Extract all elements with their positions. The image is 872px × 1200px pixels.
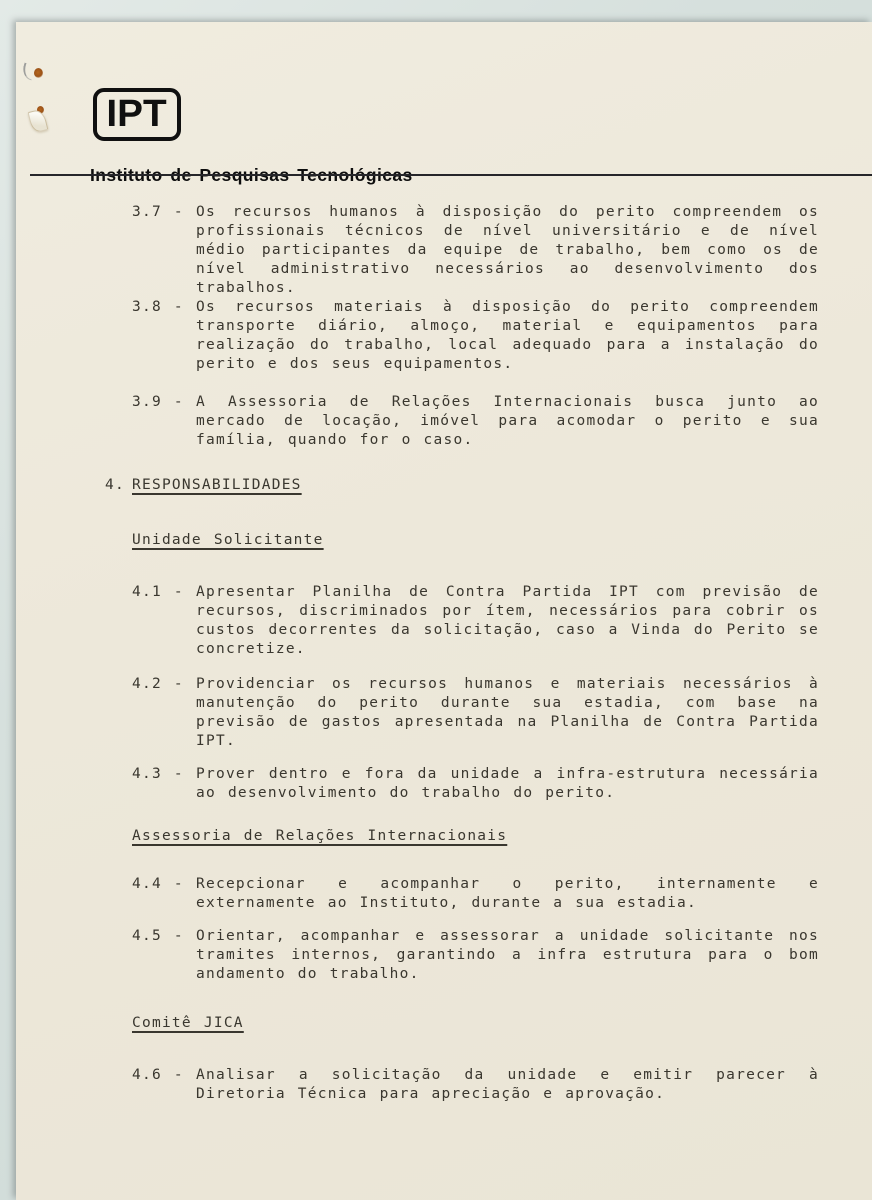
section-title: RESPONSABILIDADES [132,476,302,495]
numbered-item-4-6: 4.6 - Analisar a solicitação da unidade … [132,1066,819,1104]
ipt-logo: IPT [93,88,181,141]
item-text: Prover dentro e fora da unidade a infra-… [196,765,819,803]
item-number: 4.1 - [132,583,196,659]
item-number: 4.3 - [132,765,196,803]
item-number: 4.4 - [132,875,196,913]
numbered-item-3-7: 3.7 - Os recursos humanos à disposição d… [132,203,819,298]
numbered-item-4-4: 4.4 - Recepcionar e acompanhar o perito,… [132,875,819,913]
subheading-assessoria: Assessoria de Relações Internacionais [132,827,819,846]
numbered-item-3-8: 3.8 - Os recursos materiais à disposição… [132,298,819,374]
item-text: Os recursos materiais à disposição do pe… [196,298,819,374]
item-text: Analisar a solicitação da unidade e emit… [196,1066,819,1104]
item-text: Recepcionar e acompanhar o perito, inter… [196,875,819,913]
numbered-item-4-2: 4.2 - Providenciar os recursos humanos e… [132,675,819,751]
numbered-item-4-3: 4.3 - Prover dentro e fora da unidade a … [132,765,819,803]
item-text: Providenciar os recursos humanos e mater… [196,675,819,751]
item-number: 3.7 - [132,203,196,298]
item-text: Orientar, acompanhar e assessorar a unid… [196,927,819,984]
item-number: 4.5 - [132,927,196,984]
section-number: 4. [105,476,132,495]
torn-paper-flap [28,108,49,133]
ipt-logo-text: IPT [107,95,167,135]
item-text: Os recursos humanos à disposição do peri… [196,203,819,298]
item-number: 3.9 - [132,393,196,450]
subheading-title: Assessoria de Relações Internacionais [132,828,507,844]
item-number: 3.8 - [132,298,196,374]
item-number: 4.6 - [132,1066,196,1104]
numbered-item-4-1: 4.1 - Apresentar Planilha de Contra Part… [132,583,819,659]
subheading-unidade-solicitante: Unidade Solicitante [132,531,819,550]
header-divider [30,174,872,176]
subheading-title: Unidade Solicitante [132,532,324,548]
subheading-title: Comitê JICA [132,1015,244,1031]
numbered-item-3-9: 3.9 - A Assessoria de Relações Internaci… [132,393,819,450]
document-body: 3.7 - Os recursos humanos à disposição d… [105,203,819,1104]
staple-rust-mark [34,68,43,78]
item-number: 4.2 - [132,675,196,751]
item-text: Apresentar Planilha de Contra Partida IP… [196,583,819,659]
numbered-item-4-5: 4.5 - Orientar, acompanhar e assessorar … [132,927,819,984]
section-heading-responsabilidades: 4. RESPONSABILIDADES [105,476,819,495]
subheading-comite-jica: Comitê JICA [132,1014,819,1033]
item-text: A Assessoria de Relações Internacionais … [196,393,819,450]
document-page: IPT Instituto de Pesquisas Tecnológicas … [16,22,872,1200]
